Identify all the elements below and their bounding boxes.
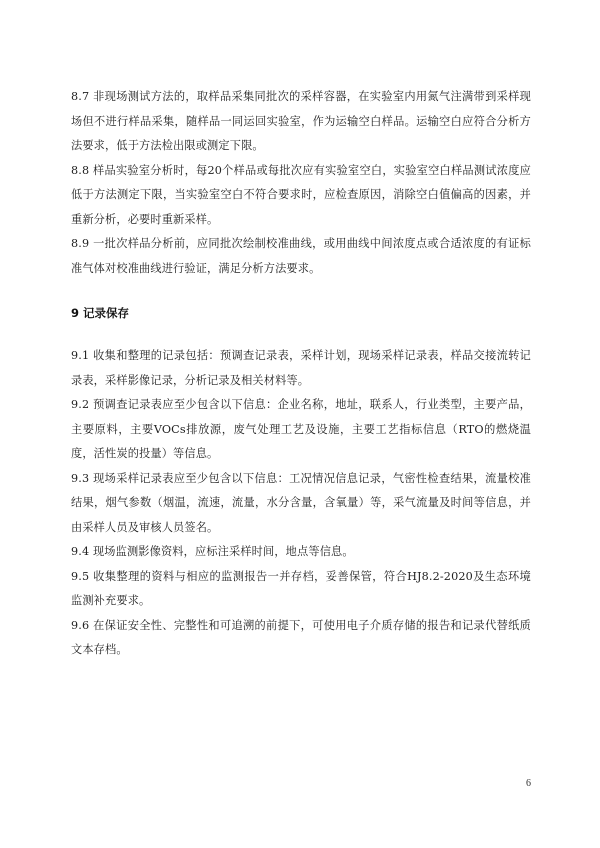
paragraph-9-4: 9.4 现场监测影像资料，应标注采样时间，地点等信息。 bbox=[71, 540, 531, 565]
paragraph-9-1: 9.1 收集和整理的记录包括：预调查记录表，采样计划，现场采样记录表，样品交接流… bbox=[71, 344, 531, 393]
paragraph-9-5: 9.5 收集整理的资料与相应的监测报告一并存档，妥善保管，符合HJ8.2-202… bbox=[71, 565, 531, 614]
paragraph-9-2: 9.2 预调查记录表应至少包含以下信息：企业名称，地址，联系人，行业类型，主要产… bbox=[71, 393, 531, 467]
paragraph-9-3: 9.3 现场采样记录表应至少包含以下信息：工况情况信息记录，气密性检查结果，流量… bbox=[71, 467, 531, 541]
paragraph-8-9: 8.9 一批次样品分析前，应同批次绘制校准曲线，或用曲线中间浓度点或合适浓度的有… bbox=[71, 232, 531, 281]
page-body: 8.7 非现场测试方法的，取样品采集同批次的采样容器，在实验室内用氮气注满带到采… bbox=[71, 85, 531, 663]
document-page: 8.7 非现场测试方法的，取样品采集同批次的采样容器，在实验室内用氮气注满带到采… bbox=[0, 0, 600, 848]
paragraph-8-7: 8.7 非现场测试方法的，取样品采集同批次的采样容器，在实验室内用氮气注满带到采… bbox=[71, 85, 531, 159]
paragraph-8-8: 8.8 样品实验室分析时，每20个样品或每批次应有实验室空白，实验室空白样品测试… bbox=[71, 159, 531, 233]
page-number: 6 bbox=[526, 778, 531, 789]
paragraph-9-6: 9.6 在保证安全性、完整性和可追溯的前提下，可使用电子介质存储的报告和记录代替… bbox=[71, 614, 531, 663]
section-heading-9: 9 记录保存 bbox=[71, 303, 531, 323]
